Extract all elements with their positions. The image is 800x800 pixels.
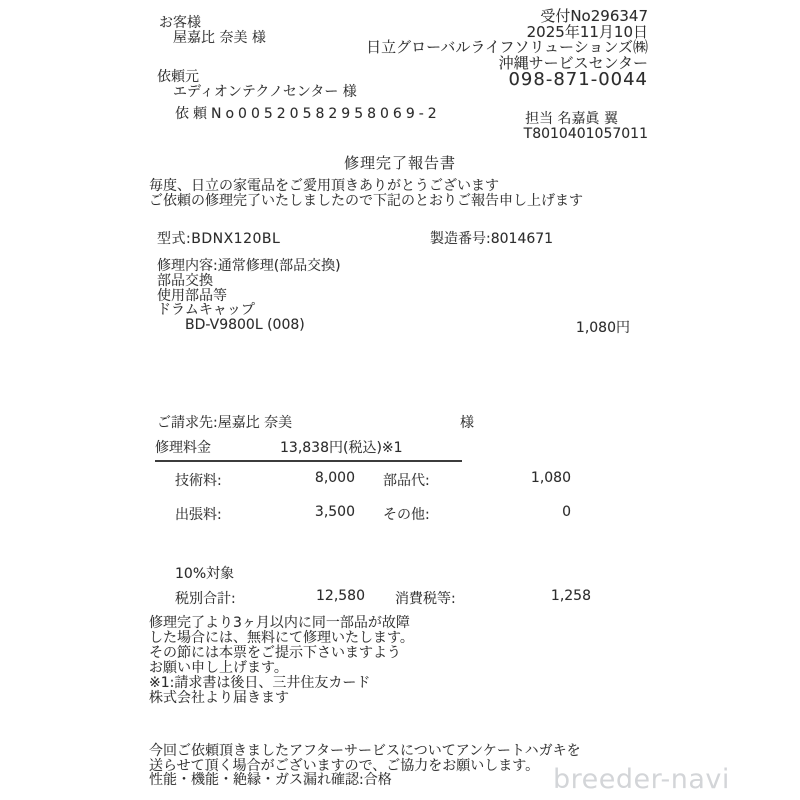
repair-line-parts-exchange: 部品交換 bbox=[157, 274, 341, 289]
repair-line-part-name: ドラムキャップ bbox=[157, 303, 341, 318]
greeting-line-2: ご依頼の修理完了いたしましたので下記のとおりご報告申し上げます bbox=[149, 194, 583, 209]
note-line-1: 修理完了より3ヶ月以内に同一部品が故障 bbox=[149, 616, 414, 631]
subtotal-label: 税別合計: bbox=[175, 588, 259, 608]
tech-fee-value: 8,000 bbox=[239, 470, 355, 490]
warranty-notes: 修理完了より3ヶ月以内に同一部品が故障 した場合には、無料にて修理いたします。 … bbox=[149, 616, 414, 705]
note-line-6: 株式会社より届きます bbox=[149, 691, 414, 706]
other-fee-label: その他: bbox=[355, 504, 459, 524]
cost-row-1: 技術料: 8,000 部品代: 1,080 bbox=[175, 470, 571, 490]
page-title: 修理完了報告書 bbox=[0, 152, 800, 173]
tax-rate-target: 10%対象 bbox=[175, 563, 234, 583]
repair-fee-label: 修理料金 bbox=[155, 437, 280, 457]
part-code: BD-V9800L (008) bbox=[185, 317, 305, 333]
staff-block: 担当 名嘉眞 翼 T8010401057011 bbox=[524, 112, 648, 141]
tax-row: 税別合計: 12,580 消費税等: 1,258 bbox=[175, 588, 591, 608]
cost-breakdown: 技術料: 8,000 部品代: 1,080 出張料: 3,500 その他: 0 bbox=[175, 470, 571, 538]
cost-row-2: 出張料: 3,500 その他: 0 bbox=[175, 504, 571, 524]
repair-fee-value: 13,838円(税込)※1 bbox=[280, 440, 403, 456]
travel-fee-label: 出張料: bbox=[175, 504, 239, 524]
subtotal-value: 12,580 bbox=[259, 588, 365, 608]
repair-content: 修理内容:通常修理(部品交換) bbox=[157, 259, 341, 274]
part-price: 1,080円 bbox=[576, 317, 630, 337]
repair-fee-line: 修理料金13,838円(税込)※1 bbox=[155, 437, 462, 462]
model-number: 型式:BDNX120BL bbox=[157, 228, 280, 248]
customer-name: 屋嘉比 奈美 様 bbox=[173, 27, 266, 47]
footer-line-2: 送らせて頂く場合がございますので、ご協力をお願いします。 bbox=[149, 759, 581, 774]
tax-value: 1,258 bbox=[497, 588, 591, 608]
staff-code: T8010401057011 bbox=[524, 127, 648, 142]
note-line-3: その節には本票をご提示下さいますよう bbox=[149, 646, 414, 661]
other-fee-value: 0 bbox=[459, 504, 571, 524]
requester-name: エディオンテクノセンター 様 bbox=[173, 81, 357, 101]
staff-name: 担当 名嘉眞 翼 bbox=[524, 112, 648, 127]
watermark: breeder-navi bbox=[553, 764, 730, 795]
request-number: 依頼No00520582958069-2 bbox=[175, 103, 441, 123]
tech-fee-label: 技術料: bbox=[175, 470, 239, 490]
footer-notes: 今回ご依頼頂きましたアフターサービスについてアンケートハガキを 送らせて頂く場合… bbox=[149, 744, 581, 788]
serial-number: 製造番号:8014671 bbox=[430, 228, 553, 248]
travel-fee-value: 3,500 bbox=[239, 504, 355, 524]
tax-label: 消費税等: bbox=[365, 588, 497, 608]
bill-to: ご請求先:屋嘉比 奈美 bbox=[157, 412, 292, 432]
footer-line-3: 性能・機能・絶縁・ガス漏れ確認:合格 bbox=[149, 773, 581, 788]
header-right-block: 受付No296347 2025年11月10日 日立グローバルライフソリューション… bbox=[366, 9, 648, 88]
note-line-2: した場合には、無料にて修理いたします。 bbox=[149, 631, 414, 646]
parts-fee-value: 1,080 bbox=[459, 470, 571, 490]
note-line-5: ※1:請求書は後日、三井住友カード bbox=[149, 676, 414, 691]
parts-fee-label: 部品代: bbox=[355, 470, 459, 490]
repair-content-block: 修理内容:通常修理(部品交換) 部品交換 使用部品等 ドラムキャップ bbox=[157, 259, 341, 318]
repair-report-document: お客様 屋嘉比 奈美 様 依頼元 エディオンテクノセンター 様 依頼No0052… bbox=[0, 0, 800, 800]
phone-number: 098-871-0044 bbox=[366, 72, 648, 88]
bill-to-honorific: 様 bbox=[460, 412, 474, 432]
greeting-line-1: 毎度、日立の家電品をご愛用頂きありがとうございます bbox=[149, 179, 583, 194]
footer-line-1: 今回ご依頼頂きましたアフターサービスについてアンケートハガキを bbox=[149, 744, 581, 759]
greeting-block: 毎度、日立の家電品をご愛用頂きありがとうございます ご依頼の修理完了いたしました… bbox=[149, 179, 583, 209]
note-line-4: お願い申し上げます。 bbox=[149, 661, 414, 676]
